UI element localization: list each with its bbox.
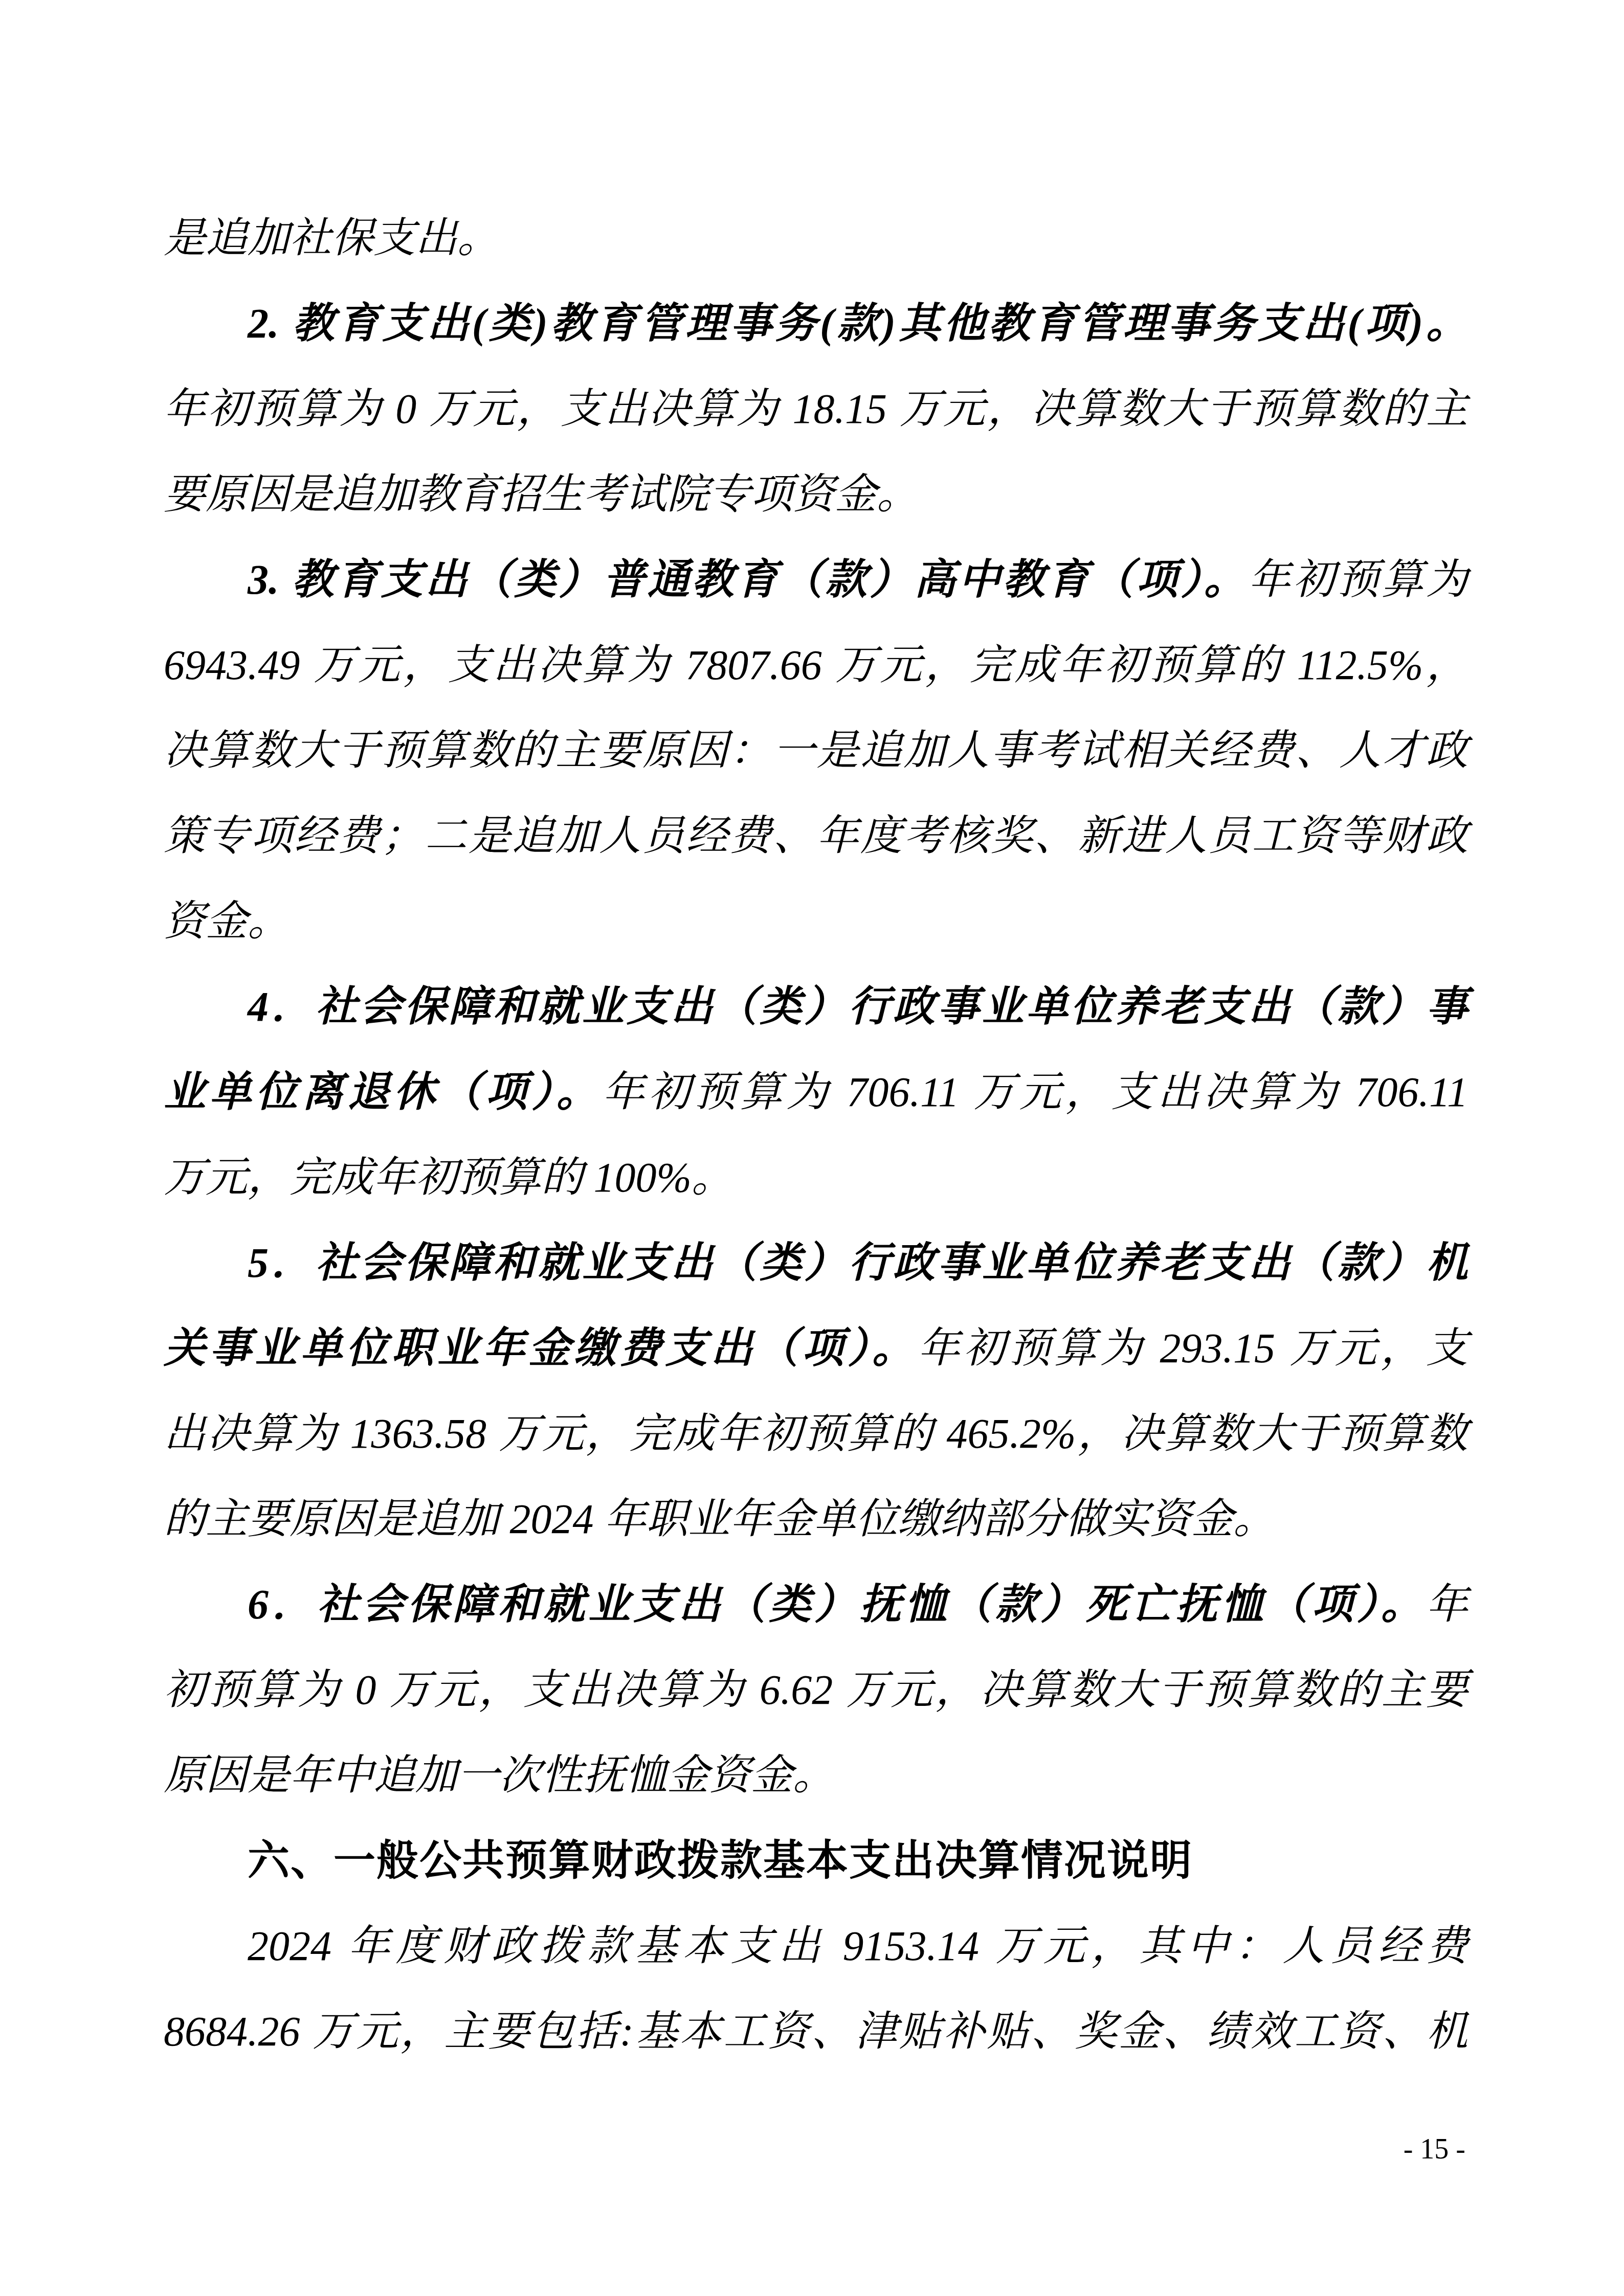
text-segment: 年初预算为 706.11 万元，支出决算为 706.11 <box>603 1069 1468 1115</box>
text-line: 业单位离退休（项）。年初预算为 706.11 万元，支出决算为 706.11 <box>164 1049 1468 1135</box>
page-number: - 15 - <box>1404 2131 1465 2167</box>
text-line: 万元，完成年初预算的 100%。 <box>164 1135 1468 1220</box>
text-line: 要原因是追加教育招生考试院专项资金。 <box>164 452 1468 537</box>
document-page: 是追加社保支出。2. 教育支出(类)教育管理事务(款)其他教育管理事务支出(项)… <box>0 0 1624 2296</box>
text-segment: 策专项经费；二是追加人员经费、年度考核奖、新进人员工资等财政 <box>164 813 1468 859</box>
text-line: 8684.26 万元，主要包括:基本工资、津贴补贴、奖金、绩效工资、机 <box>164 1989 1468 2074</box>
text-segment: 年初预算为 0 万元，支出决算为 18.15 万元，决算数大于预算数的主 <box>164 386 1468 432</box>
text-line: 策专项经费；二是追加人员经费、年度考核奖、新进人员工资等财政 <box>164 793 1468 879</box>
bold-text-segment: 关事业单位职业年金缴费支出（项）。 <box>164 1325 918 1371</box>
document-body: 是追加社保支出。2. 教育支出(类)教育管理事务(款)其他教育管理事务支出(项)… <box>164 195 1468 2074</box>
bold-text-segment: 2. 教育支出(类)教育管理事务(款)其他教育管理事务支出(项)。 <box>248 300 1468 347</box>
bold-text-segment: 3. 教育支出（类）普通教育（款）高中教育（项）。 <box>248 556 1249 603</box>
text-segment: 决算数大于预算数的主要原因：一是追加人事考试相关经费、人才政 <box>164 727 1468 774</box>
text-line: 决算数大于预算数的主要原因：一是追加人事考试相关经费、人才政 <box>164 708 1468 793</box>
bold-text-segment: 六、一般公共预算财政拨款基本支出决算情况说明 <box>248 1837 1193 1884</box>
text-line: 初预算为 0 万元，支出决算为 6.62 万元，决算数大于预算数的主要 <box>164 1647 1468 1732</box>
text-segment: 年 <box>1426 1581 1468 1628</box>
text-line: 6．社会保障和就业支出（类）抚恤（款）死亡抚恤（项）。年 <box>164 1562 1468 1647</box>
bold-text-segment: 5．社会保障和就业支出（类）行政事业单位养老支出（款）机 <box>248 1240 1468 1286</box>
text-line: 6943.49 万元，支出决算为 7807.66 万元，完成年初预算的 112.… <box>164 622 1468 708</box>
section-heading: 六、一般公共预算财政拨款基本支出决算情况说明 <box>164 1818 1468 1903</box>
text-line: 年初预算为 0 万元，支出决算为 18.15 万元，决算数大于预算数的主 <box>164 366 1468 452</box>
text-segment: 万元，完成年初预算的 100%。 <box>164 1154 733 1201</box>
text-segment: 年初预算为 <box>1249 556 1468 603</box>
text-line: 2024 年度财政拨款基本支出 9153.14 万元，其中：人员经费 <box>164 1903 1468 1989</box>
text-segment: 6943.49 万元，支出决算为 7807.66 万元，完成年初预算的 112.… <box>164 642 1468 688</box>
text-line: 是追加社保支出。 <box>164 195 1468 281</box>
text-line: 资金。 <box>164 879 1468 964</box>
text-line: 3. 教育支出（类）普通教育（款）高中教育（项）。年初预算为 <box>164 537 1468 622</box>
bold-text-segment: 6．社会保障和就业支出（类）抚恤（款）死亡抚恤（项）。 <box>248 1581 1426 1628</box>
text-line: 原因是年中追加一次性抚恤金资金。 <box>164 1732 1468 1818</box>
text-line: 的主要原因是追加 2024 年职业年金单位缴纳部分做实资金。 <box>164 1476 1468 1562</box>
text-line: 出决算为 1363.58 万元，完成年初预算的 465.2%，决算数大于预算数 <box>164 1391 1468 1476</box>
text-segment: 资金。 <box>164 898 290 944</box>
text-line: 关事业单位职业年金缴费支出（项）。年初预算为 293.15 万元，支 <box>164 1305 1468 1391</box>
text-segment: 出决算为 1363.58 万元，完成年初预算的 465.2%，决算数大于预算数 <box>164 1410 1468 1457</box>
text-segment: 要原因是追加教育招生考试院专项资金。 <box>164 471 919 517</box>
text-line: 5．社会保障和就业支出（类）行政事业单位养老支出（款）机 <box>164 1220 1468 1305</box>
text-line: 2. 教育支出(类)教育管理事务(款)其他教育管理事务支出(项)。 <box>164 281 1468 366</box>
text-segment: 是追加社保支出。 <box>164 215 499 261</box>
bold-text-segment: 4．社会保障和就业支出（类）行政事业单位养老支出（款）事 <box>248 983 1468 1030</box>
text-line: 4．社会保障和就业支出（类）行政事业单位养老支出（款）事 <box>164 964 1468 1049</box>
text-segment: 年初预算为 293.15 万元，支 <box>918 1325 1468 1371</box>
text-segment: 8684.26 万元，主要包括:基本工资、津贴补贴、奖金、绩效工资、机 <box>164 2008 1468 2055</box>
bold-text-segment: 业单位离退休（项）。 <box>164 1069 603 1115</box>
text-segment: 的主要原因是追加 2024 年职业年金单位缴纳部分做实资金。 <box>164 1496 1275 1542</box>
text-segment: 原因是年中追加一次性抚恤金资金。 <box>164 1752 835 1798</box>
text-segment: 初预算为 0 万元，支出决算为 6.62 万元，决算数大于预算数的主要 <box>164 1667 1468 1713</box>
text-segment: 2024 年度财政拨款基本支出 9153.14 万元，其中：人员经费 <box>248 1923 1468 1969</box>
